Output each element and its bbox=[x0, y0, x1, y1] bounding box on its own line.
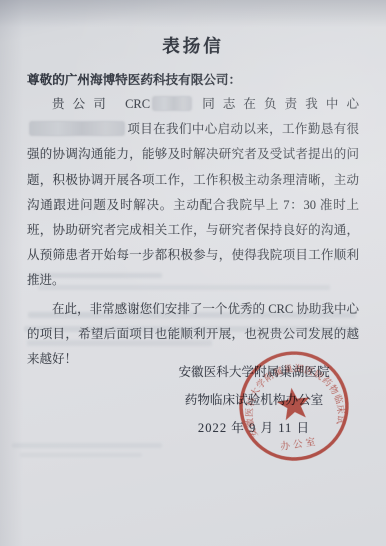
salutation-line: 尊敬的广州海博特医药科技有限公司： bbox=[27, 72, 359, 89]
redacted-project-block bbox=[30, 122, 124, 135]
seal-bottom-text: 办公室 bbox=[280, 436, 319, 453]
seal-ring-text-container: 安徽医科大学附属巢湖医院药物临床试验机构 bbox=[230, 342, 350, 442]
commendation-letter-page: 表扬信 尊敬的广州海博特医药科技有限公司： 贵公司 CRC同志在负责我中心项目在… bbox=[0, 0, 386, 546]
bleedthrough-line bbox=[12, 443, 162, 448]
paragraph1-text-between: 同志在负责我中心 bbox=[194, 97, 359, 111]
seal-ring-text: 安徽医科大学附属巢湖医院药物临床试验机构 bbox=[230, 342, 350, 442]
body-paragraph-1: 贵公司 CRC同志在负责我中心项目在我们中心启动以来，工作勤恳有很强的协调沟通能… bbox=[27, 92, 359, 294]
paragraph1-text-after-project: 项目在我们中心启动以来，工作勤恳有很强的协调沟通能力，能够及时解决研究者及受试者… bbox=[27, 122, 359, 287]
paragraph1-text-before-name: 贵公司 CRC bbox=[52, 97, 150, 111]
redacted-name-block bbox=[153, 97, 191, 110]
letter-content: 表扬信 尊敬的广州海博特医药科技有限公司： 贵公司 CRC同志在负责我中心项目在… bbox=[0, 0, 386, 372]
bleedthrough-line bbox=[20, 453, 142, 457]
letter-title: 表扬信 bbox=[27, 33, 359, 58]
official-red-seal: 安徽医科大学附属巢湖医院药物临床试验机构 办公室 bbox=[230, 342, 359, 471]
seal-star-icon bbox=[275, 386, 312, 422]
